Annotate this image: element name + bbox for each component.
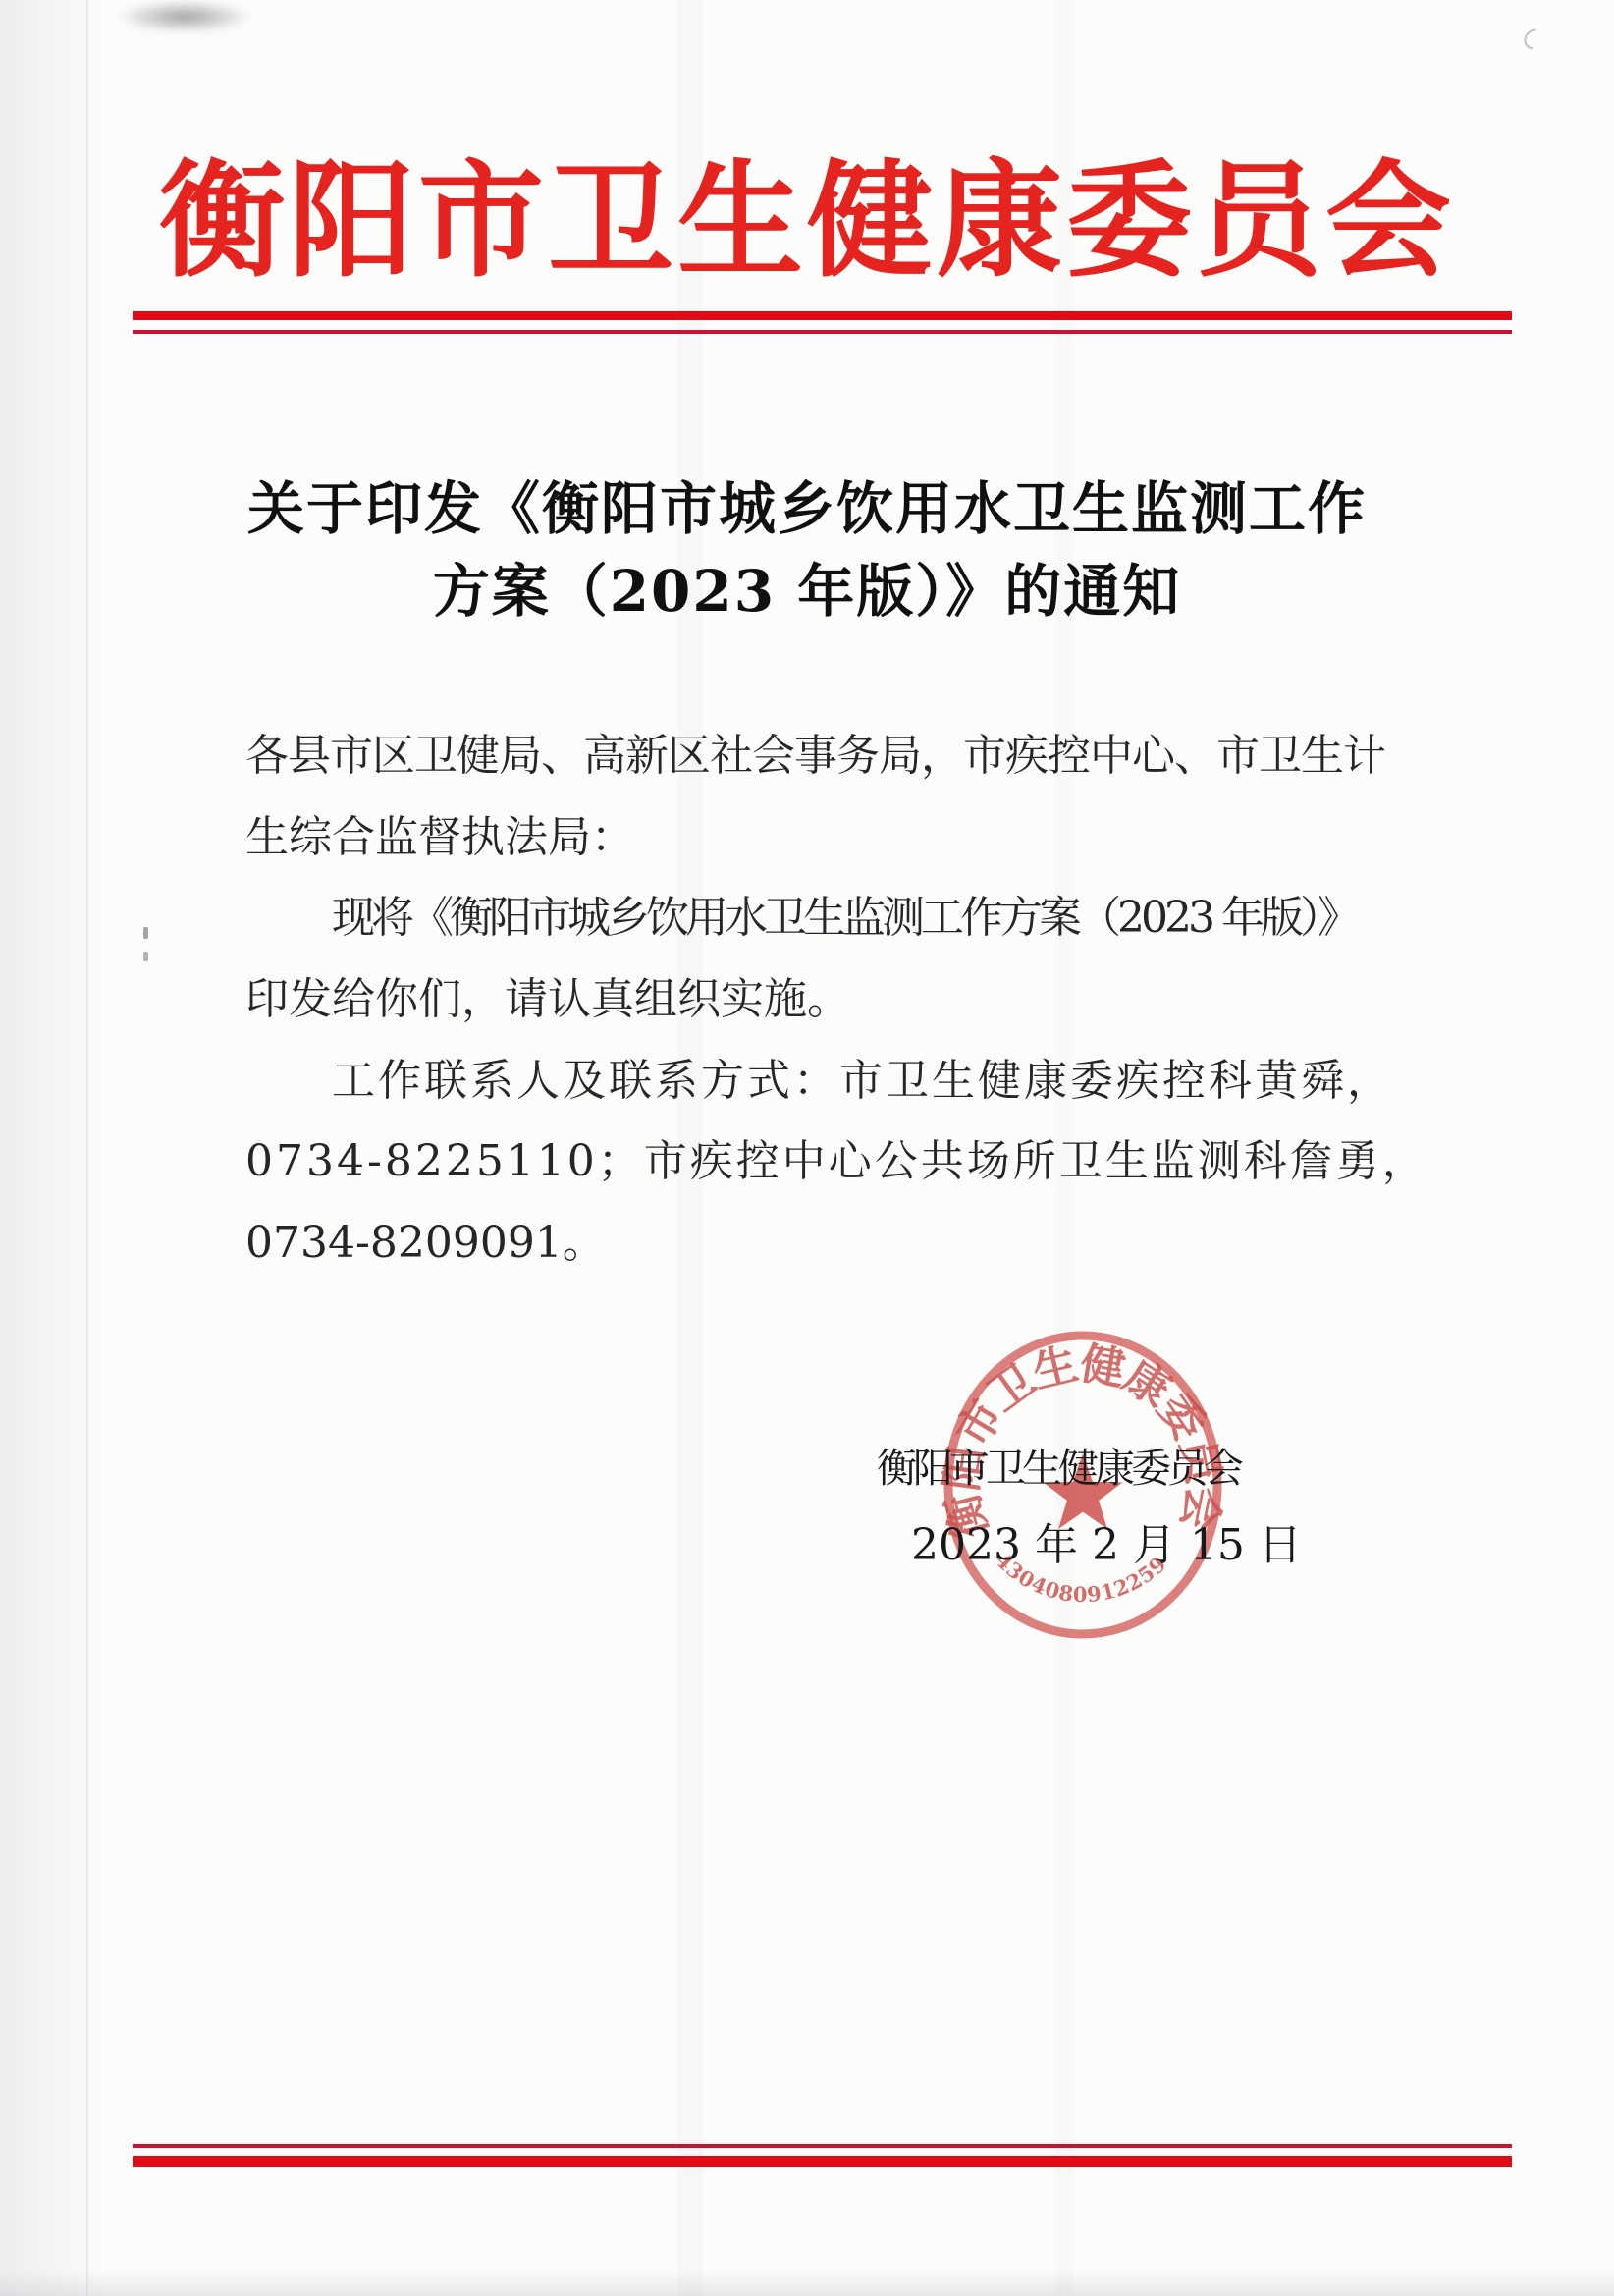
signature-organization: 衡阳市卫生健康委员会 bbox=[877, 1444, 1240, 1493]
body-line: 生综合监督执法局： bbox=[245, 797, 1414, 879]
svg-text:衡阳市卫生健康委员会: 衡阳市卫生健康委员会 bbox=[935, 1337, 1231, 1544]
body-line: 0734-8209091。 bbox=[245, 1203, 1414, 1285]
body-line: 现将《衡阳市城乡饮用水卫生监测工作方案（2023 年版）》 bbox=[245, 878, 1414, 959]
signature-date: 2023 年 2 月 15 日 bbox=[911, 1520, 1302, 1571]
scan-mark bbox=[1520, 25, 1549, 53]
letterhead-title: 衡阳市卫生健康委员会 bbox=[0, 152, 1614, 290]
scan-edge-shading bbox=[0, 0, 128, 2296]
letterhead-rule-thin bbox=[133, 330, 1512, 334]
letterhead-rule-thick bbox=[133, 311, 1512, 320]
scan-smudge bbox=[116, 0, 253, 33]
body-line: 各县市区卫健局、高新区社会事务局，市疾控中心、市卫生计 bbox=[245, 716, 1414, 797]
document-page: 衡阳市卫生健康委员会 关于印发《衡阳市城乡饮用水卫生监测工作 方案（2023 年… bbox=[0, 0, 1614, 2296]
body-line: 印发给你们，请认真组织实施。 bbox=[245, 959, 1414, 1041]
seal-ring-text: 衡阳市卫生健康委员会 bbox=[935, 1337, 1231, 1544]
document-title-line1: 关于印发《衡阳市城乡饮用水卫生监测工作 bbox=[0, 467, 1614, 550]
body-line: 工作联系人及联系方式：市卫生健康委疾控科黄舜， bbox=[245, 1041, 1414, 1122]
scan-speck bbox=[143, 952, 148, 961]
body-line: 0734-8225110；市疾控中心公共场所卫生监测科詹勇， bbox=[245, 1121, 1414, 1203]
scan-edge-shading-bottom bbox=[0, 2270, 1614, 2296]
scan-speck bbox=[143, 927, 148, 939]
document-title: 关于印发《衡阳市城乡饮用水卫生监测工作 方案（2023 年版）》的通知 bbox=[0, 467, 1614, 632]
footer-rule-thin bbox=[133, 2144, 1512, 2148]
footer-rule-thick bbox=[133, 2156, 1512, 2167]
document-body: 各县市区卫健局、高新区社会事务局，市疾控中心、市卫生计 生综合监督执法局： 现将… bbox=[245, 716, 1414, 1285]
scan-edge-line bbox=[86, 0, 88, 2296]
document-title-line2: 方案（2023 年版）》的通知 bbox=[0, 550, 1614, 632]
